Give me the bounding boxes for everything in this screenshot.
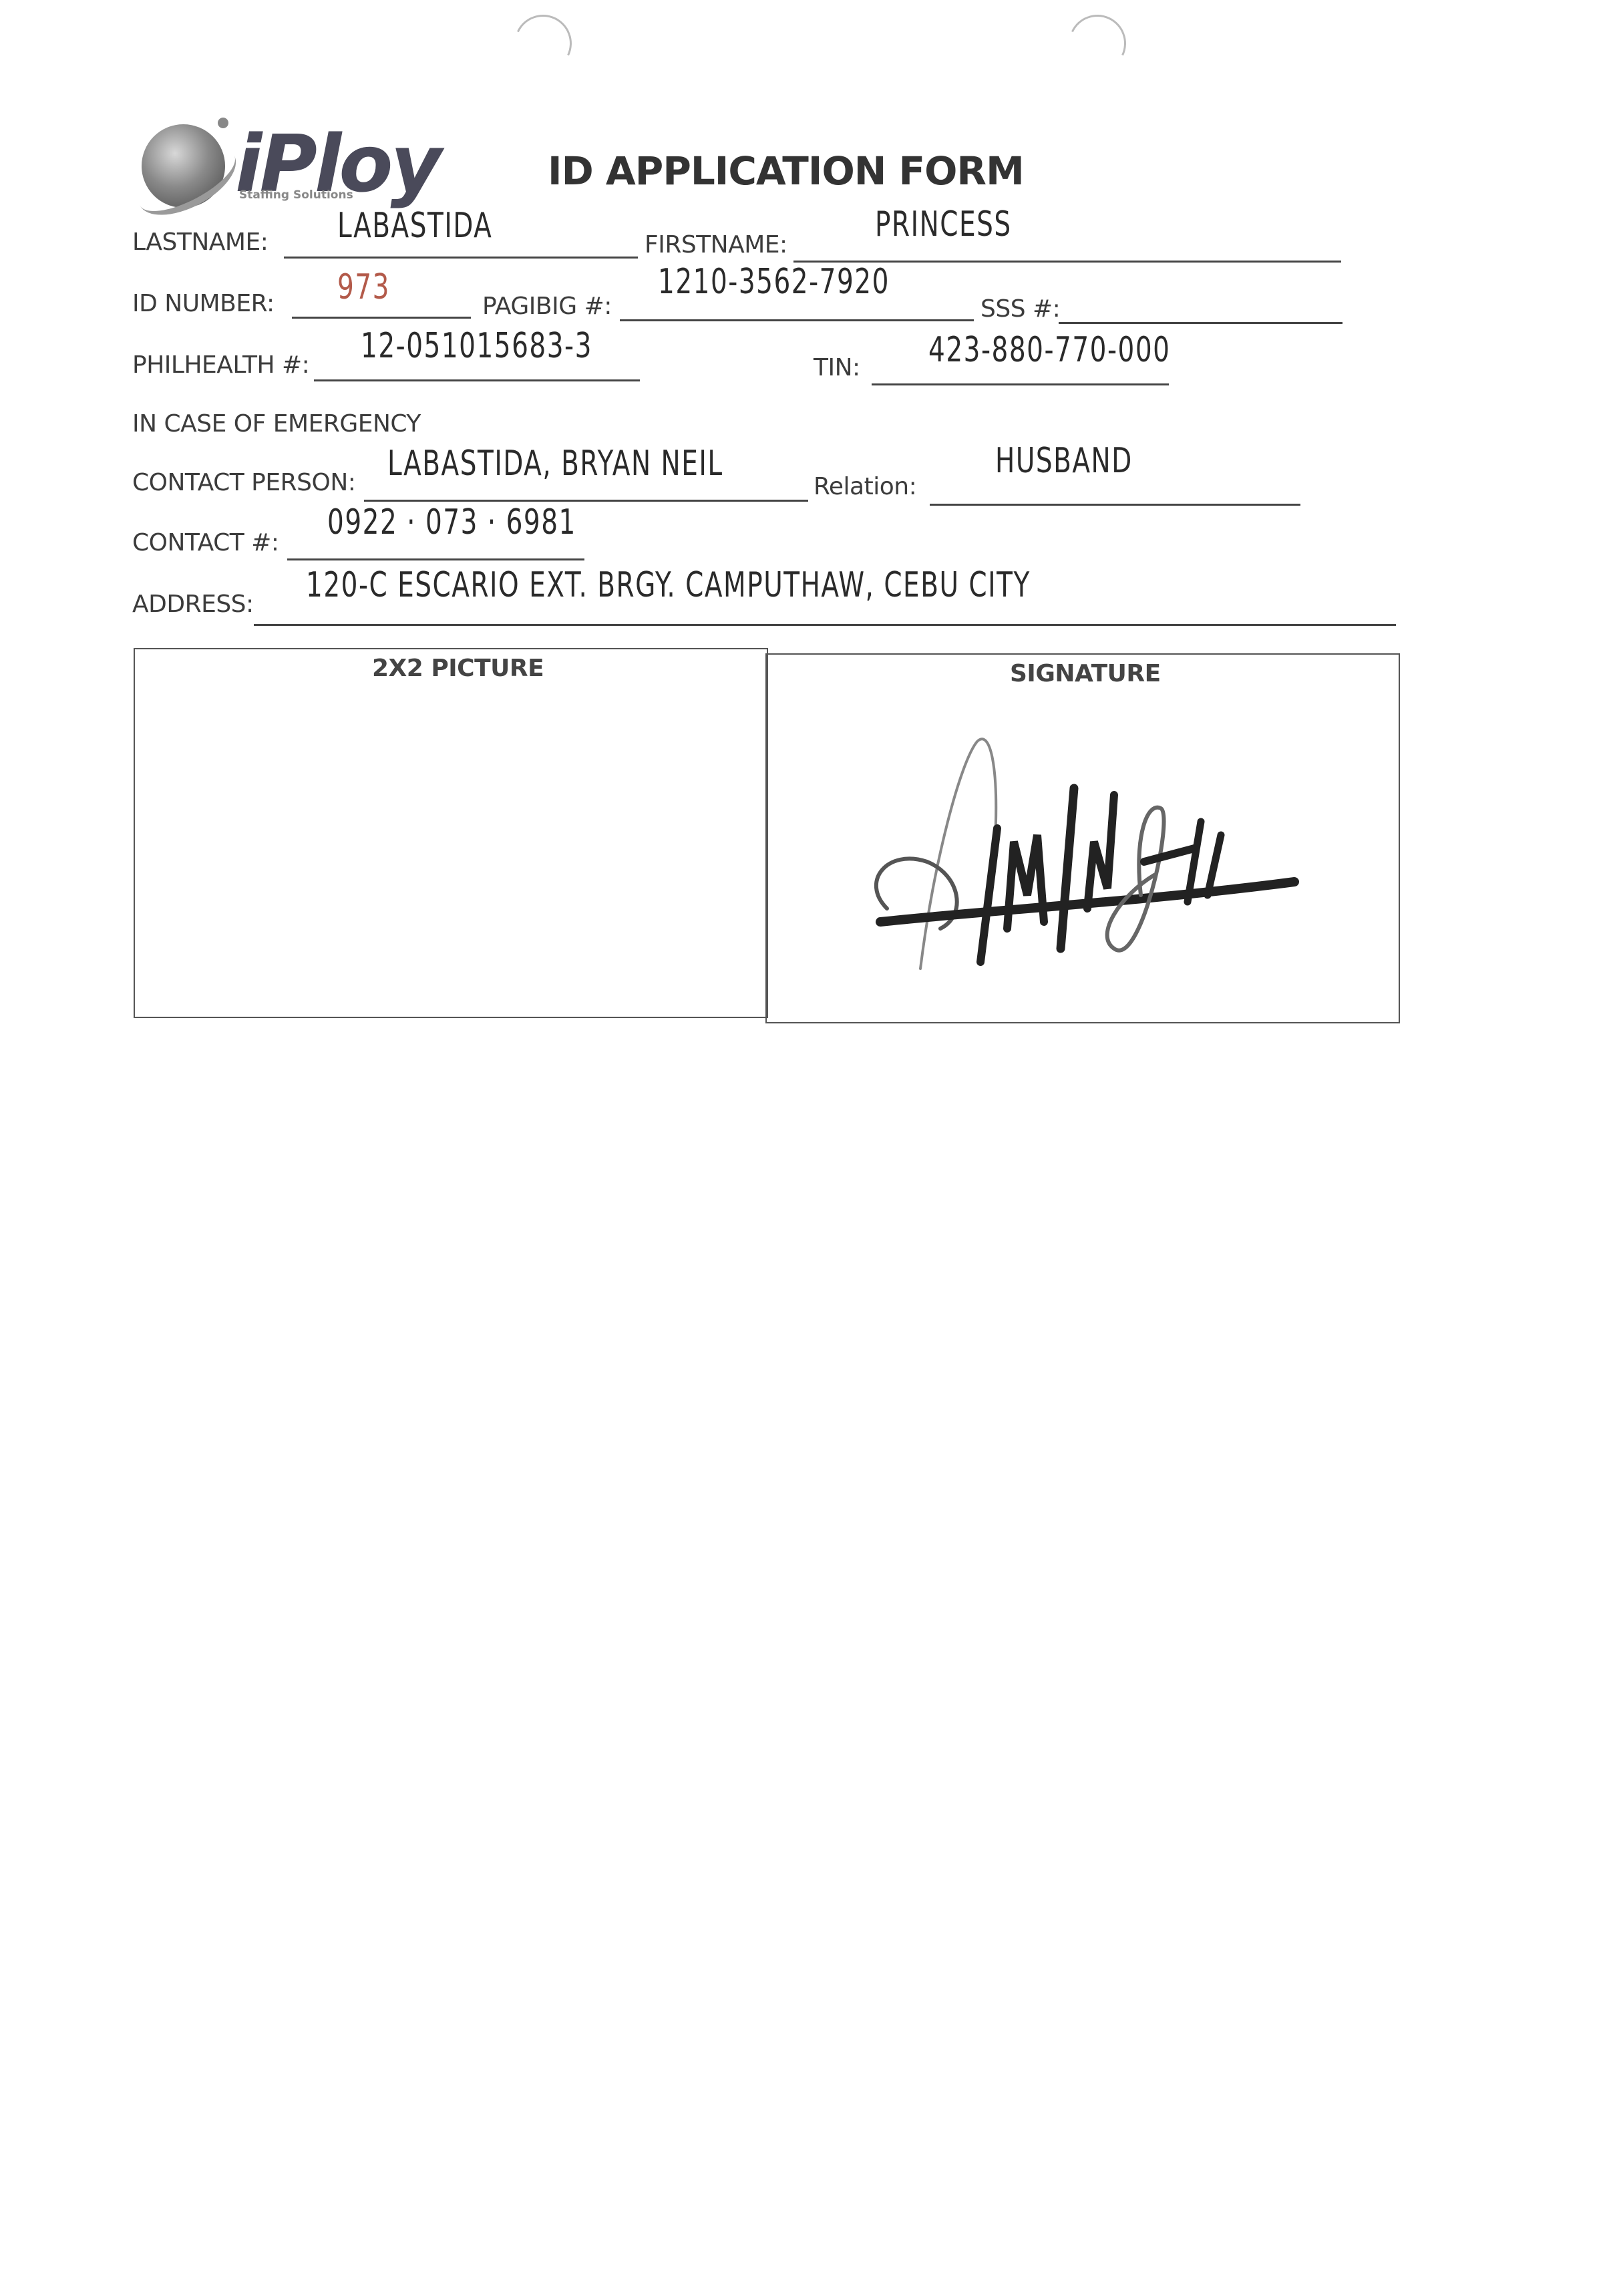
picture-box[interactable]: 2X2 PICTURE <box>134 648 768 1018</box>
picture-box-heading: 2X2 PICTURE <box>372 655 544 682</box>
form-title: ID APPLICATION FORM <box>548 148 1024 194</box>
contact-number-line <box>287 558 584 560</box>
pagibig-label: PAGIBIG #: <box>482 293 612 320</box>
id-number-value[interactable]: 973 <box>337 267 390 307</box>
lastname-label: LASTNAME: <box>132 228 268 256</box>
firstname-label: FIRSTNAME: <box>645 231 787 259</box>
contact-person-line <box>364 500 808 502</box>
address-line <box>254 624 1396 626</box>
firstname-value[interactable]: PRINCESS <box>875 204 1012 244</box>
signature-scribble <box>807 728 1355 975</box>
brand-tagline: Staffing Solutions <box>239 188 353 202</box>
signature-box-heading: SIGNATURE <box>1010 660 1161 687</box>
tin-label: TIN: <box>814 354 860 381</box>
sss-line <box>1059 322 1343 324</box>
id-number-label: ID NUMBER: <box>132 290 275 317</box>
hole-punch-mark <box>506 7 580 80</box>
philhealth-value[interactable]: 12-051015683-3 <box>361 326 592 366</box>
sss-label: SSS #: <box>980 295 1060 323</box>
relation-value[interactable]: HUSBAND <box>995 441 1133 481</box>
emergency-heading: IN CASE OF EMERGENCY <box>132 410 421 438</box>
signature-box[interactable]: SIGNATURE <box>765 653 1400 1023</box>
contact-person-label: CONTACT PERSON: <box>132 469 355 496</box>
pagibig-line <box>620 319 974 321</box>
logo-dot <box>218 118 228 128</box>
philhealth-label: PHILHEALTH #: <box>132 351 309 379</box>
pagibig-value[interactable]: 1210-3562-7920 <box>658 262 890 302</box>
relation-label: Relation: <box>814 473 916 500</box>
contact-number-label: CONTACT #: <box>132 529 279 556</box>
lastname-line <box>284 257 638 259</box>
tin-line <box>872 383 1169 385</box>
id-number-line <box>292 317 471 319</box>
hole-punch-mark <box>1061 7 1134 80</box>
address-label: ADDRESS: <box>132 591 254 618</box>
tin-value[interactable]: 423-880-770-000 <box>928 330 1170 370</box>
relation-line <box>930 504 1300 506</box>
lastname-value[interactable]: LABASTIDA <box>337 206 492 246</box>
contact-person-value[interactable]: LABASTIDA, BRYAN NEIL <box>387 444 723 484</box>
contact-number-value[interactable]: 0922 · 073 · 6981 <box>327 502 576 542</box>
philhealth-line <box>314 379 640 381</box>
address-value[interactable]: 120-C ESCARIO EXT. BRGY. CAMPUTHAW, CEBU… <box>306 565 1031 605</box>
